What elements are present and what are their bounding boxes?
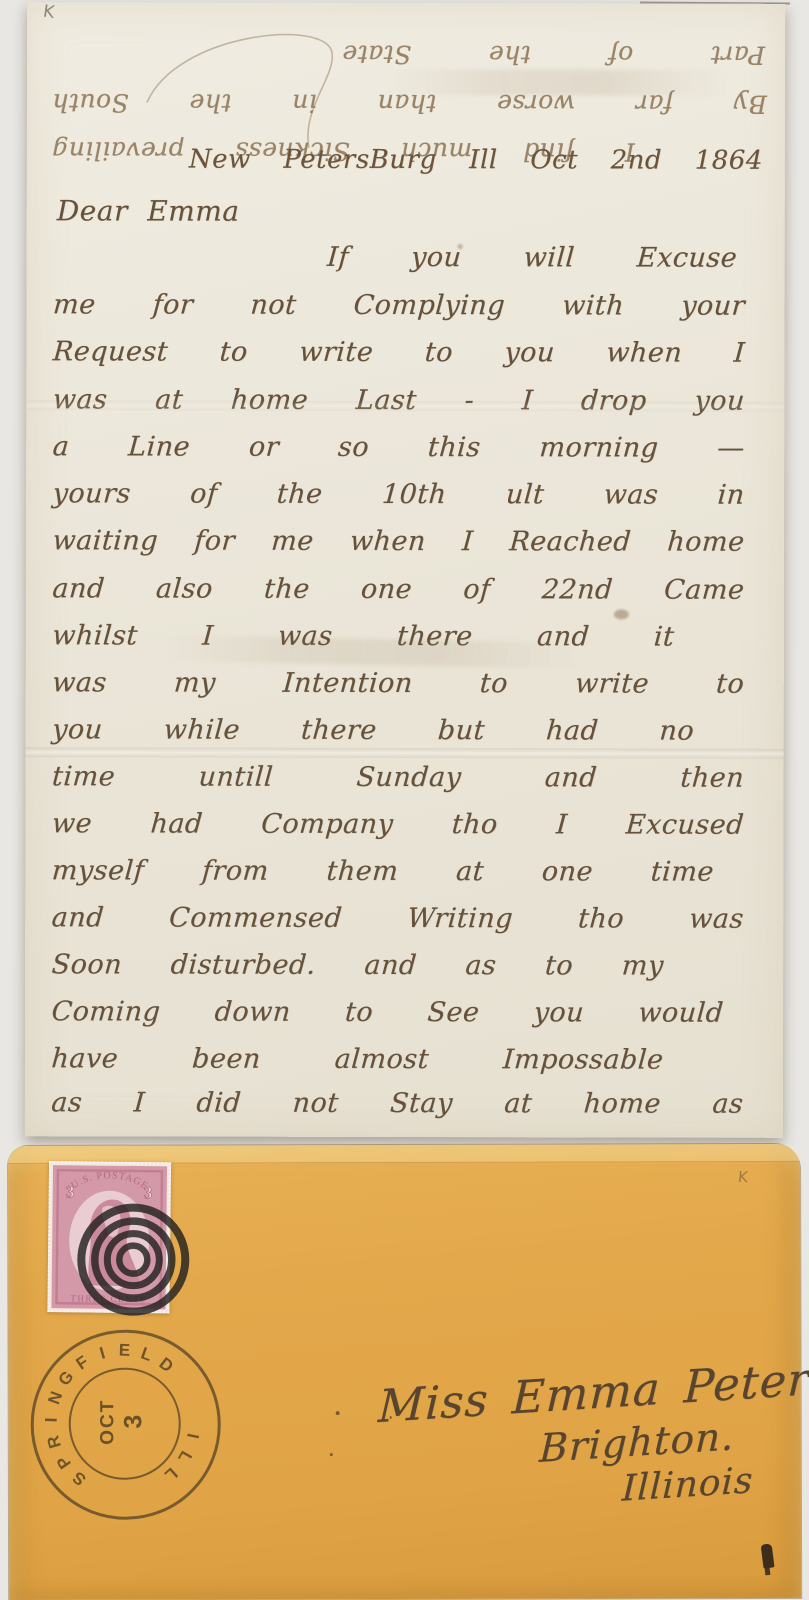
inverted-text-line: Part of the State [342, 27, 765, 70]
letter-line: me for not Complying with your [51, 289, 746, 336]
ink-blot [761, 1543, 775, 1568]
springfield-postmark: SPRINGFIELDILL OCT 3 [22, 1321, 223, 1522]
ink-speck [336, 1411, 340, 1415]
letter-salutation: Dear Emma [57, 194, 240, 227]
ink-speck [330, 1453, 333, 1456]
letter-line: Soon disturbed. and as to my [50, 949, 665, 996]
stamp-engraving: U.S. POSTAGE 3 3 THREE CENTS [49, 1163, 169, 1311]
letter-line: myself from them at one time [50, 855, 715, 902]
letter-line: we had Company tho I Excused [50, 808, 745, 855]
stamp-denomination: 3 [66, 1182, 75, 1201]
postage-stamp: U.S. POSTAGE 3 3 THREE CENTS [47, 1161, 171, 1313]
pencil-mark: K [737, 1168, 748, 1187]
letter-line: Request to write to you when I [51, 336, 746, 383]
postmark-letter: I [41, 1408, 60, 1431]
letter-line: time untill Sunday and then [50, 761, 745, 808]
address-block: Miss Emma Peter Brighton. Illinois [377, 1353, 805, 1524]
postmark-day: 3 [119, 1399, 148, 1445]
ink-showthrough [387, 69, 727, 96]
letter-line: and Commensed Writing tho was [50, 902, 745, 949]
letter-line: as I did not Stay at home as [49, 1087, 744, 1134]
letter-line: Coming down to See you would [49, 996, 724, 1043]
stamp-bottom-text: THREE CENTS [70, 1293, 146, 1304]
letter-line: yours of the 10th ult was in [50, 478, 745, 525]
pencil-mark: K [42, 2, 56, 23]
stamp-denomination: 3 [144, 1183, 153, 1202]
ink-speck [458, 244, 463, 249]
letter-line: and also the one of 22nd Came [50, 573, 745, 620]
scanned-photo: K Part of the State By far worse than in… [0, 0, 809, 1600]
postmark-letter: E [114, 1340, 137, 1359]
postmark-date: OCT 3 [97, 1399, 148, 1445]
letter-dateline: New PetersBurg Ill Oct 2nd 1864 [189, 145, 763, 176]
fold-crease [26, 747, 784, 759]
envelope: K U.S. POSTAGE 3 3 THREE CENTS [8, 1144, 801, 1600]
paper-stain [614, 609, 629, 619]
postmark-town-arc: SPRINGFIELDILL [22, 1321, 222, 1322]
letter-line: have been almost Impossable [49, 1043, 664, 1090]
letter-page: K Part of the State By far worse than in… [25, 2, 785, 1138]
fold-crease [26, 400, 784, 412]
postmark-month: OCT [97, 1399, 119, 1445]
letter-line: a Line or so this morning — [51, 431, 746, 478]
letter-line: waiting for me when I Reached home [50, 525, 745, 572]
letter-line: was my Intention to write to [50, 667, 745, 714]
letter-line: If you will Excuse [325, 242, 738, 289]
ink-speck [390, 1416, 392, 1419]
